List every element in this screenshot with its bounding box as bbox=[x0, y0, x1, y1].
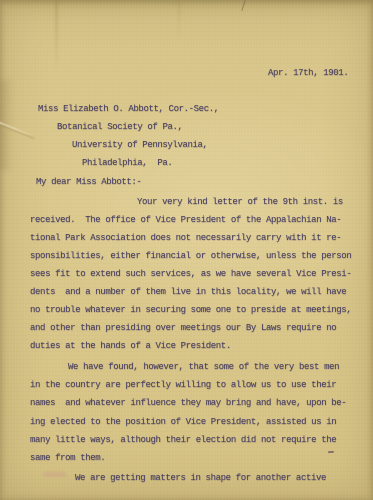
address-line: Philadelphia, Pa. bbox=[82, 158, 172, 169]
body-line: and other than presiding over meetings o… bbox=[30, 323, 336, 334]
body-line: We have found, however, that some of the… bbox=[68, 362, 339, 373]
body-line: Your very kind letter of the 9th inst. i… bbox=[137, 197, 343, 208]
eraser-smudge bbox=[43, 472, 66, 477]
body-line: dents and a number of them live in this … bbox=[30, 287, 346, 298]
body-line: ing elected to the position of Vice Pres… bbox=[30, 417, 336, 428]
body-line: sees fit to extend such services, as we … bbox=[30, 269, 351, 280]
body-line: tional Park Association does not necessa… bbox=[30, 233, 341, 244]
body-line: sponsibilities, either financial or othe… bbox=[30, 251, 351, 262]
body-line: received. The office of Vice President o… bbox=[30, 215, 341, 226]
paper-crease-vertical bbox=[55, 0, 58, 72]
address-line: University of Pennsylvania, bbox=[72, 140, 208, 151]
body-line: many little ways, although their electio… bbox=[30, 435, 336, 446]
body-line: no trouble whatever in securing some one… bbox=[30, 305, 351, 316]
body-line: names and whatever influence they may br… bbox=[30, 398, 346, 409]
body-line: same from them. bbox=[30, 453, 105, 464]
letter-page: Apr. 17th, 1901. Miss Elizabeth O. Abbot… bbox=[0, 0, 373, 500]
address-line: Botanical Society of Pa., bbox=[57, 122, 183, 133]
stray-ink-mark bbox=[328, 451, 334, 453]
date-line: Apr. 17th, 1901. bbox=[268, 68, 348, 79]
address-line: Miss Elizabeth O. Abbott, Cor.-Sec., bbox=[38, 104, 219, 115]
paper-crease-vertical-2 bbox=[178, 0, 180, 40]
body-line: duties at the hands of a Vice President. bbox=[30, 341, 231, 352]
body-line: in the country are perfectly willing to … bbox=[30, 380, 336, 391]
scratch-mark bbox=[241, 0, 245, 11]
body-line: We are getting matters in shape for anot… bbox=[75, 473, 326, 484]
salutation-line: My dear Miss Abbott:- bbox=[36, 177, 141, 188]
paper-shadow-left bbox=[0, 80, 14, 170]
